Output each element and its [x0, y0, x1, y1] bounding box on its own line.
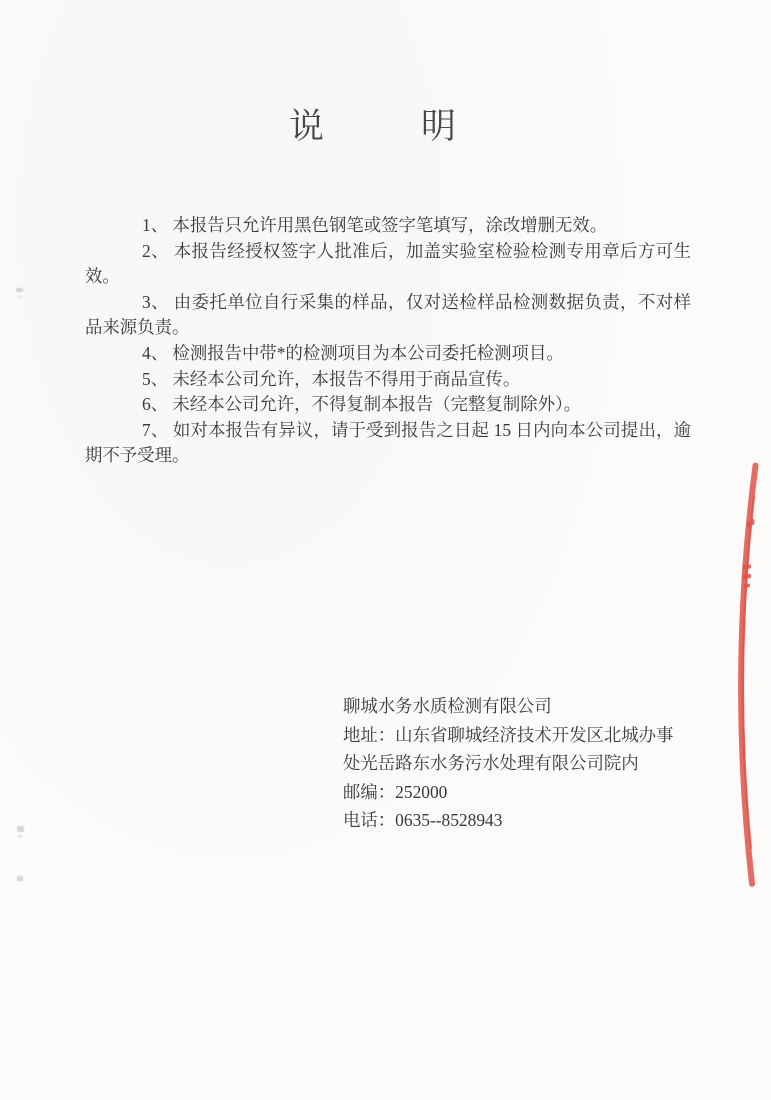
- note-item-4: 4、 检测报告中带*的检测项目为本公司委托检测项目。: [85, 341, 691, 367]
- note-item-6: 6、 未经本公司允许，不得复制本报告（完整复制除外）。: [85, 392, 691, 418]
- note-item-2: 2、 本报告经授权签字人批准后，加盖实验室检验检测专用章后方可生效。: [85, 239, 691, 290]
- company-address-line2: 处光岳路东水务污水处理有限公司院内: [343, 749, 673, 778]
- notes-list: 1、 本报告只允许用黑色钢笔或签字笔填写，涂改增删无效。 2、 本报告经授权签字…: [85, 213, 691, 469]
- note-item-5: 5、 未经本公司允许，本报告不得用于商品宣传。: [85, 367, 691, 393]
- note-item-1: 1、 本报告只允许用黑色钢笔或签字笔填写，涂改增删无效。: [85, 213, 691, 239]
- scan-artifact: [18, 835, 22, 838]
- company-address-line1: 地址：山东省聊城经济技术开发区北城办事: [343, 721, 673, 750]
- scan-artifact: [17, 826, 24, 832]
- scan-artifact: [16, 288, 23, 292]
- company-name: 聊城水务水质检测有限公司: [343, 692, 673, 721]
- company-info-block: 聊城水务水质检测有限公司 地址：山东省聊城经济技术开发区北城办事 处光岳路东水务…: [343, 692, 673, 835]
- scan-artifact: [18, 296, 23, 298]
- company-phone: 电话：0635--8528943: [343, 806, 673, 835]
- note-item-3: 3、 由委托单位自行采集的样品，仅对送检样品检测数据负责，不对样品来源负责。: [85, 290, 691, 341]
- page-title: 说明: [289, 99, 553, 149]
- note-item-7: 7、 如对本报告有异议，请于受到报告之日起 15 日内向本公司提出，逾期不予受理…: [85, 418, 691, 469]
- scan-artifact: [17, 876, 23, 881]
- company-postal-code: 邮编：252000: [343, 778, 673, 807]
- red-seal-edge-icon: [723, 444, 771, 556]
- document-page: 说明 1、 本报告只允许用黑色钢笔或签字笔填写，涂改增删无效。 2、 本报告经授…: [0, 0, 771, 1100]
